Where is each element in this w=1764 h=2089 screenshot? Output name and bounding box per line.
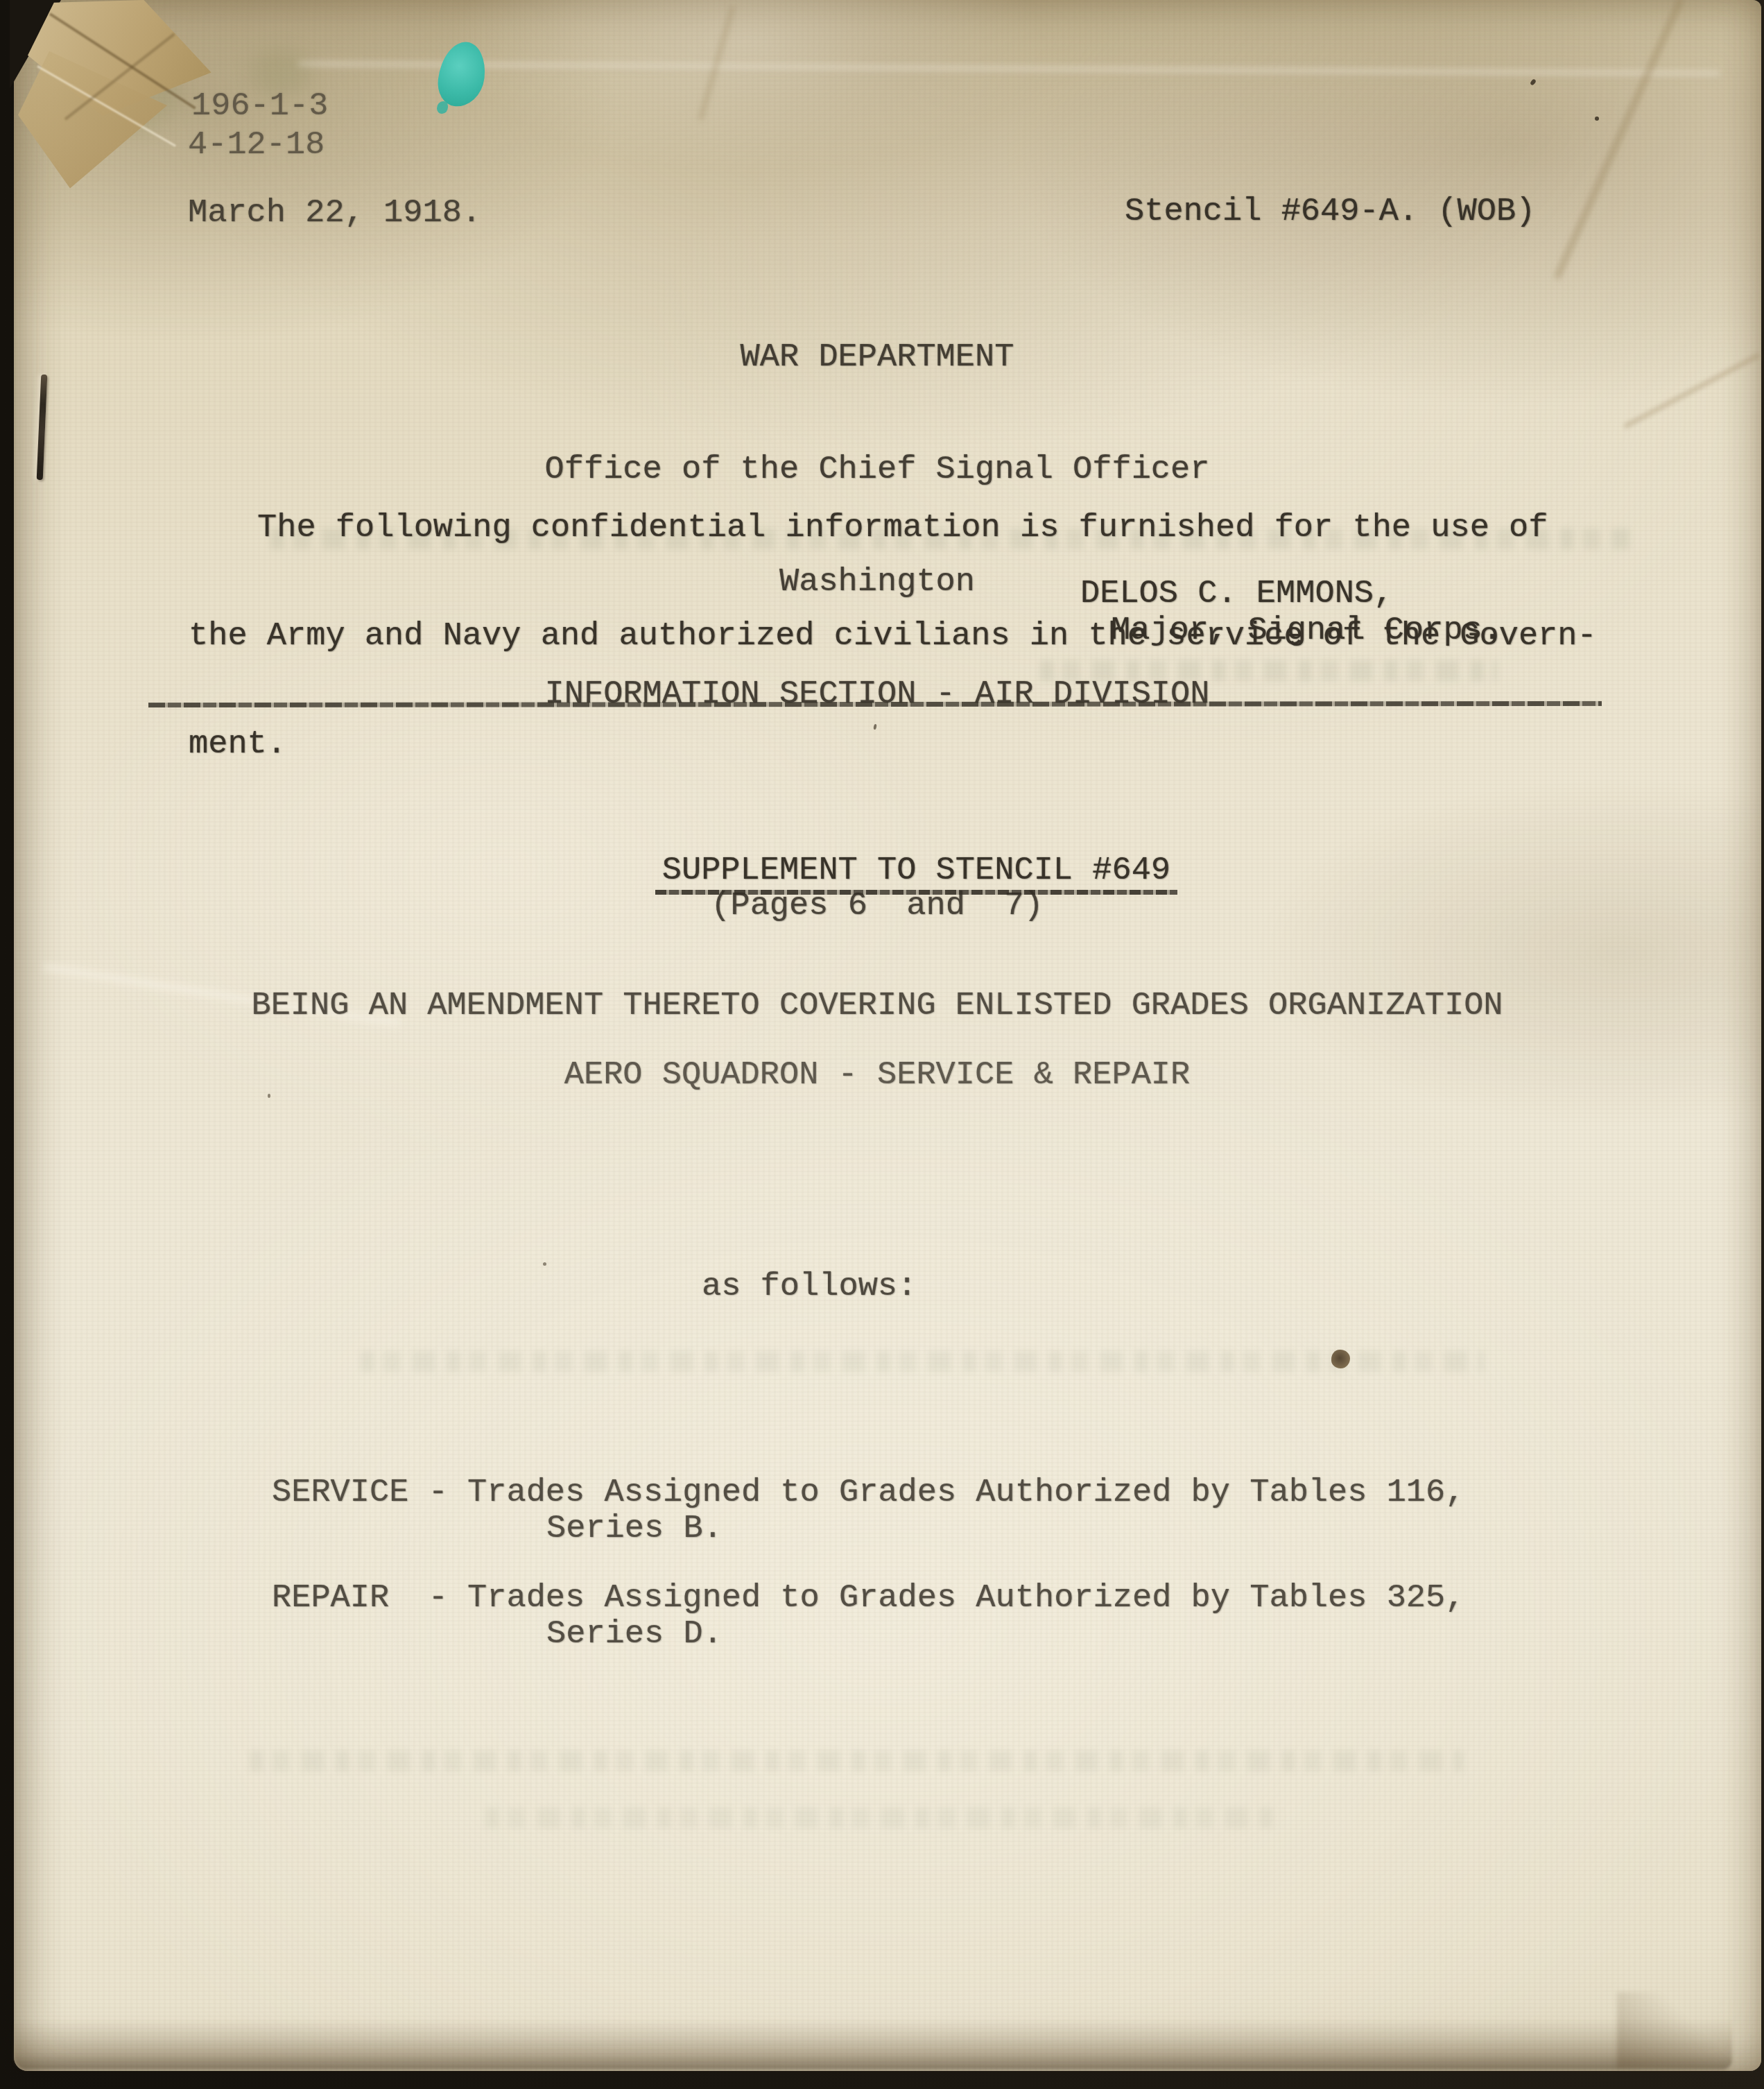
letterhead-department: WAR DEPARTMENT bbox=[0, 339, 1754, 377]
scanned-document: 196-1-3 4-12-18 March 22, 1918. Stencil … bbox=[0, 0, 1764, 2089]
repair-entry-line1: REPAIR - Trades Assigned to Grades Autho… bbox=[272, 1581, 1464, 1617]
reference-number-line2: 4-12-18 bbox=[188, 128, 325, 164]
service-entry-line2: Series B. bbox=[546, 1511, 723, 1547]
amendment-line2: AERO SQUADRON - SERVICE & REPAIR bbox=[0, 1058, 1754, 1094]
brown-stain bbox=[1331, 1350, 1350, 1368]
amendment-line1: BEING AN AMENDMENT THERETO COVERING ENLI… bbox=[0, 988, 1754, 1024]
repair-entry-line2: Series D. bbox=[546, 1617, 723, 1653]
signature-title: Major, Signal Corps. bbox=[1111, 613, 1502, 649]
date-line: March 22, 1918. bbox=[188, 196, 481, 232]
reference-number-line1: 196-1-3 bbox=[191, 89, 328, 125]
ink-speck bbox=[1595, 117, 1599, 121]
as-follows-label: as follows: bbox=[702, 1269, 917, 1305]
service-entry-line1: SERVICE - Trades Assigned to Grades Auth… bbox=[272, 1475, 1464, 1511]
ink-speck bbox=[543, 1262, 546, 1266]
stencil-reference: Stencil #649-A. (WOB) bbox=[1125, 194, 1535, 230]
pages-note: (Pages 6 and 7) bbox=[0, 888, 1754, 925]
olive-smudge bbox=[62, 49, 180, 132]
paragraph-line: ment. bbox=[189, 727, 1597, 763]
signature-name: DELOS C. EMMONS, bbox=[1080, 576, 1393, 612]
supplement-title-text: SUPPLEMENT TO STENCIL #649 bbox=[662, 853, 1170, 889]
paragraph-line: The following confidential information i… bbox=[189, 510, 1597, 547]
ink-speck bbox=[268, 1094, 270, 1098]
